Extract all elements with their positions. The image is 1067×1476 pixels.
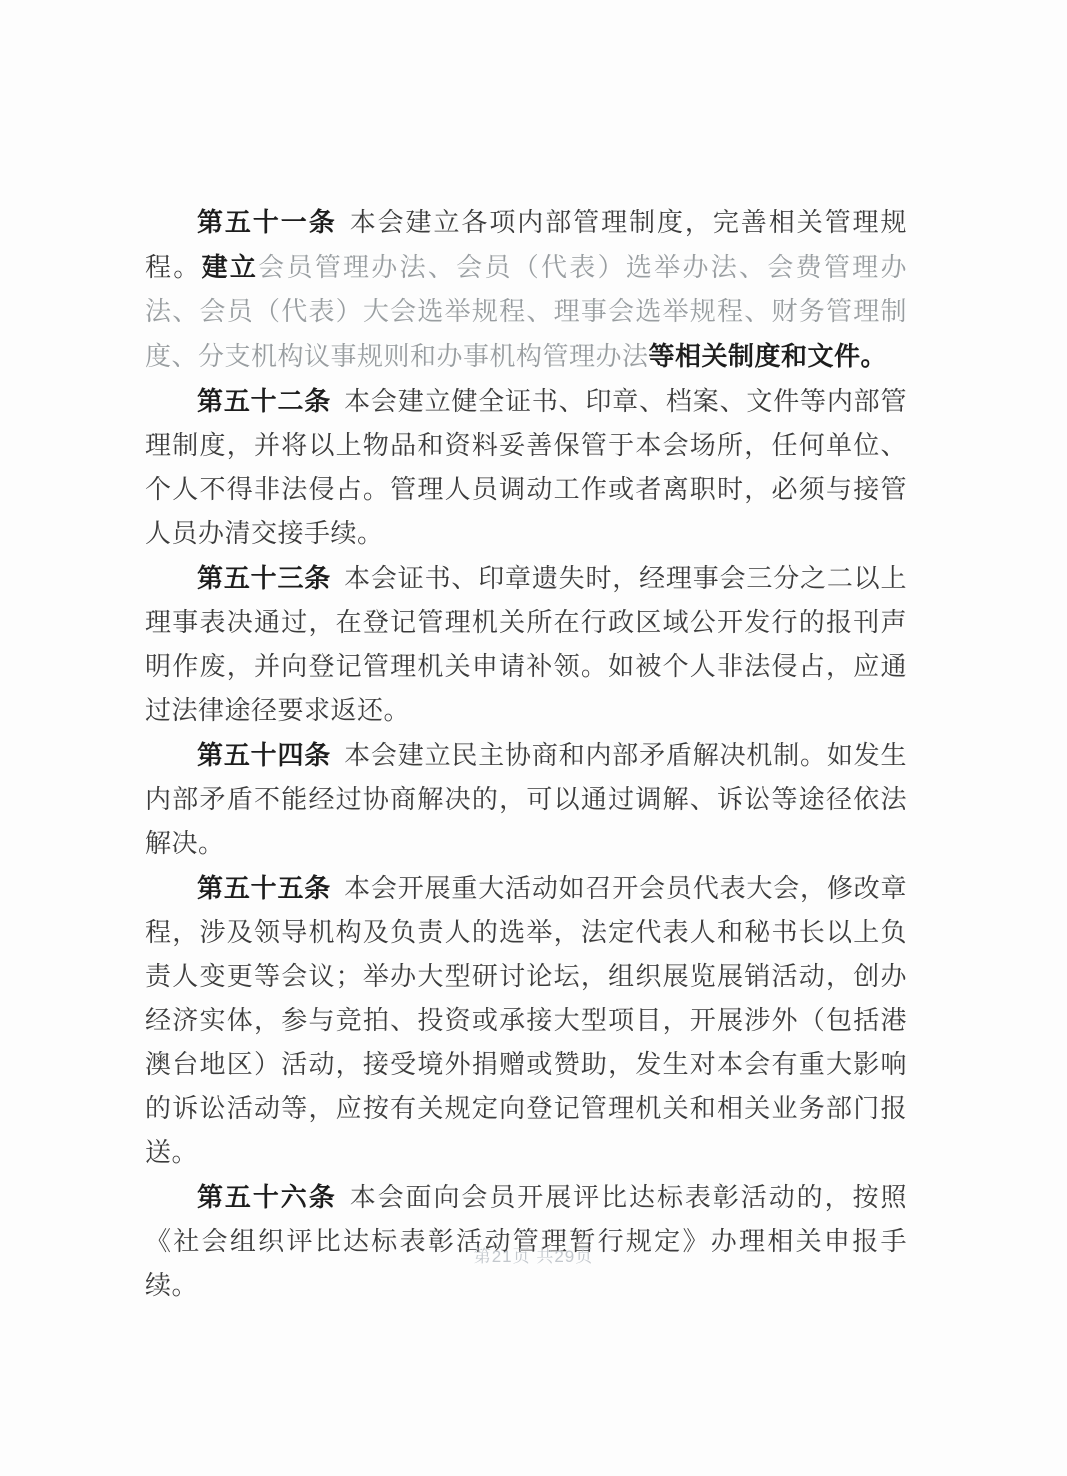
- article-52-number: 第五十二条: [197, 386, 331, 416]
- article-54-paragraph: 第五十四条本会建立民主协商和内部矛盾解决机制。如发生内部矛盾不能经过协商解决的，…: [145, 733, 907, 866]
- article-55-text: 本会开展重大活动如召开会员代表大会，修改章程，涉及领导机构及负责人的选举，法定代…: [145, 874, 907, 1167]
- article-51-text-bold-tail: 等相关制度和文件。: [649, 341, 888, 371]
- document-page: 第五十一条本会建立各项内部管理制度，完善相关管理规程。建立会员管理办法、会员（代…: [0, 0, 1067, 1476]
- article-54-number: 第五十四条: [197, 740, 331, 770]
- article-56-number: 第五十六条: [197, 1182, 337, 1212]
- article-53-paragraph: 第五十三条本会证书、印章遗失时，经理事会三分之二以上理事表决通过，在登记管理机关…: [145, 556, 907, 733]
- article-52-paragraph: 第五十二条本会建立健全证书、印章、档案、文件等内部管理制度，并将以上物品和资料妥…: [145, 379, 907, 556]
- article-51-text-bold-lead: 建立: [202, 252, 259, 282]
- article-53-number: 第五十三条: [197, 563, 331, 593]
- document-content: 第五十一条本会建立各项内部管理制度，完善相关管理规程。建立会员管理办法、会员（代…: [145, 200, 907, 1308]
- article-51-paragraph: 第五十一条本会建立各项内部管理制度，完善相关管理规程。建立会员管理办法、会员（代…: [145, 200, 907, 379]
- article-55-paragraph: 第五十五条本会开展重大活动如召开会员代表大会，修改章程，涉及领导机构及负责人的选…: [145, 866, 907, 1175]
- article-51-number: 第五十一条: [197, 207, 337, 237]
- page-footer: 第21页 共29页: [0, 1242, 1067, 1267]
- article-55-number: 第五十五条: [197, 873, 331, 903]
